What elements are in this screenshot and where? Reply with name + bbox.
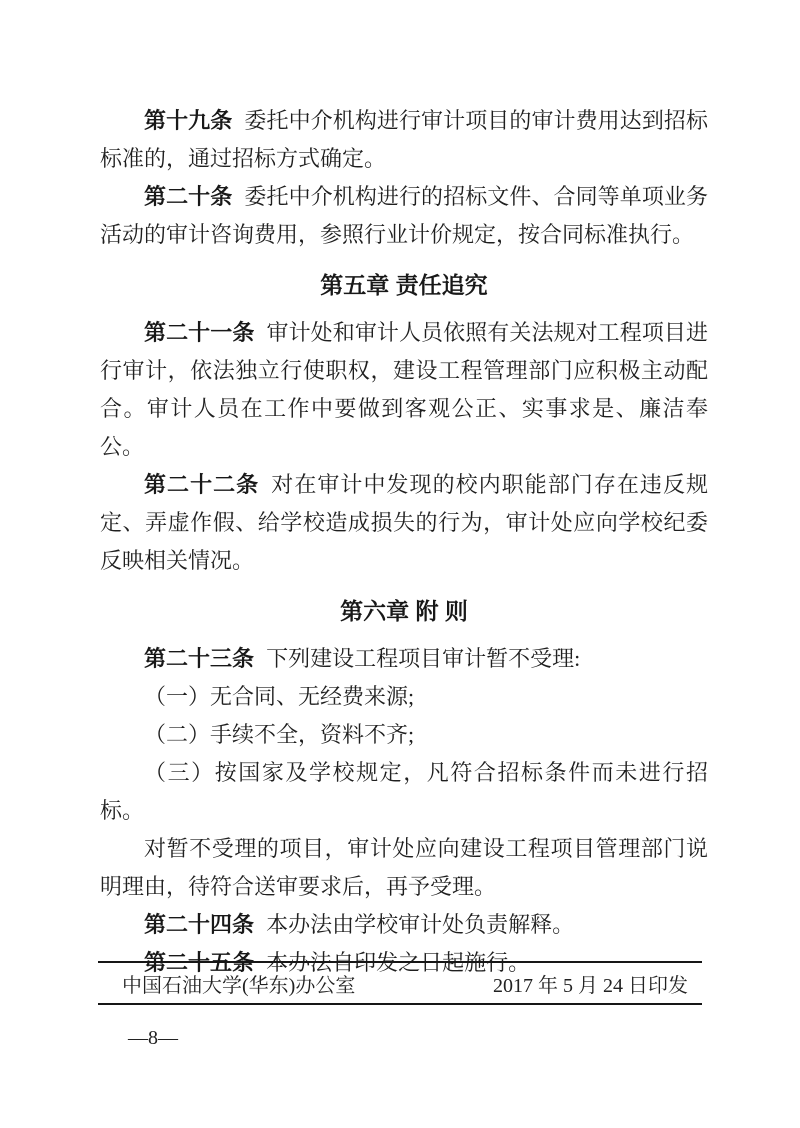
chapter-6-heading: 第六章 附 则 xyxy=(100,592,708,630)
article-23: 第二十三条下列建设工程项目审计暂不受理: xyxy=(100,640,708,678)
article-20: 第二十条委托中介机构进行的招标文件、合同等单项业务活动的审计咨询费用，参照行业计… xyxy=(100,178,708,254)
page-number: —8— xyxy=(128,1026,178,1050)
list-item-3: （三）按国家及学校规定，凡符合招标条件而未进行招标。 xyxy=(100,754,708,830)
article-21: 第二十一条审计处和审计人员依照有关法规对工程项目进行审计，依法独立行使职权，建设… xyxy=(100,314,708,466)
footer-date: 2017 年 5 月 24 日印发 xyxy=(493,969,688,998)
list-item-2: （二）手续不全，资料不齐; xyxy=(100,716,708,754)
document-page: 第十九条委托中介机构进行审计项目的审计费用达到招标标准的，通过招标方式确定。 第… xyxy=(0,0,800,1128)
article-24-label: 第二十四条 xyxy=(144,912,254,937)
article-23-text: 下列建设工程项目审计暂不受理: xyxy=(266,646,580,671)
article-24-text: 本办法由学校审计处负责解释。 xyxy=(266,912,574,937)
footer-org: 中国石油大学(华东)办公室 xyxy=(122,969,355,998)
article-24: 第二十四条本办法由学校审计处负责解释。 xyxy=(100,906,708,944)
article-22-label: 第二十二条 xyxy=(144,472,259,497)
list-item-1: （一）无合同、无经费来源; xyxy=(100,678,708,716)
article-19-label: 第十九条 xyxy=(144,108,232,133)
footer-issuer-bar: 中国石油大学(华东)办公室 2017 年 5 月 24 日印发 xyxy=(98,961,702,1005)
article-20-label: 第二十条 xyxy=(144,184,232,209)
article-21-label: 第二十一条 xyxy=(144,320,254,345)
chapter-5-heading: 第五章 责任追究 xyxy=(100,266,708,304)
article-22: 第二十二条对在审计中发现的校内职能部门存在违反规定、弄虚作假、给学校造成损失的行… xyxy=(100,466,708,580)
document-content: 第十九条委托中介机构进行审计项目的审计费用达到招标标准的，通过招标方式确定。 第… xyxy=(100,102,708,982)
article-23-continuation: 对暂不受理的项目，审计处应向建设工程项目管理部门说明理由，待符合送审要求后，再予… xyxy=(100,830,708,906)
article-23-label: 第二十三条 xyxy=(144,646,254,671)
article-19: 第十九条委托中介机构进行审计项目的审计费用达到招标标准的，通过招标方式确定。 xyxy=(100,102,708,178)
